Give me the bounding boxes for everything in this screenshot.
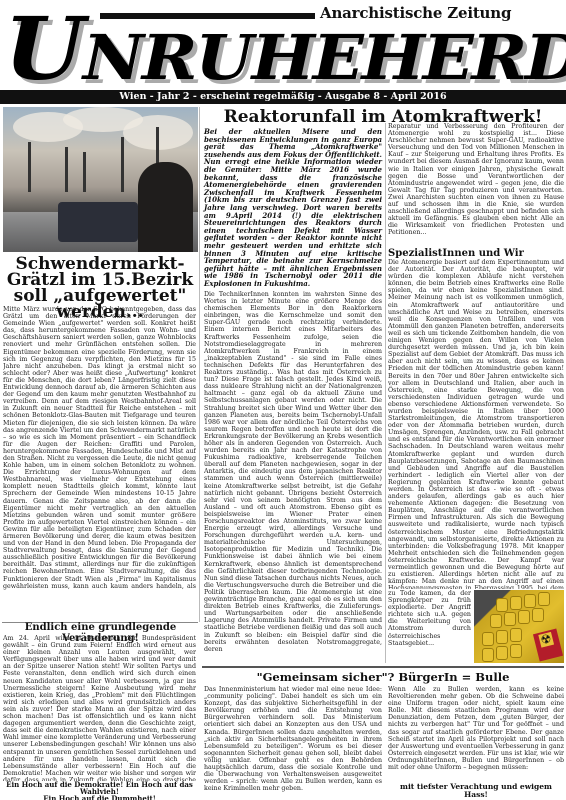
dateline: Wien - Jahr 2 - erscheint regelmäßig - A… — [0, 90, 566, 104]
title-initial: U — [4, 0, 83, 100]
headline-gemeinsam-sicher: "Gemeinsam sicher"? BürgerIn = Bulle — [202, 670, 564, 684]
masthead: Anarchistische Zeitung UNRUHEHERD — [0, 0, 566, 90]
column-divider — [385, 123, 386, 663]
article-body-gemeinsam: Das Innenministerium hat wieder mal eine… — [204, 686, 382, 800]
article-body-spezialistinnen: Die Atomenergie basiert auf dem Expertin… — [388, 259, 564, 589]
photo-yellow-nuclear-barrels — [474, 590, 564, 663]
section-divider — [202, 666, 564, 668]
article-body-endlich: Am 24. April wird in Österreich der Bund… — [3, 635, 196, 781]
radiation-warning-icon — [533, 629, 563, 662]
article-body-spezialistinnen-end: zu Tode kamen, da der Sprengkörper zu fr… — [388, 590, 471, 665]
article-body-reaktor: Die TechnikerInnen konnten im wahrsten S… — [204, 291, 382, 661]
article-closing-endlich: Ein Hoch auf die Demokratie! Ein Hoch au… — [3, 781, 196, 800]
photo-smokestacks-street — [3, 107, 198, 252]
article-body-gemeinsam-continued: Wenn Alle zu Bullen werden, kann es kein… — [388, 686, 564, 772]
column-divider — [199, 107, 200, 622]
closing-line: Ein Hoch auf die Demokratie! Ein Hoch au… — [3, 781, 196, 795]
article-lead-reaktor: Bei der aktuellen Misere und den beschis… — [204, 128, 382, 287]
title-rest: NRUHEHERD — [83, 21, 566, 94]
article-body-schwendermarkt: Mitte März wurde von der SPÖ bekanntgege… — [3, 306, 196, 590]
subheadline-spezialistinnen: SpezialistInnen und Wir — [388, 248, 524, 259]
closing-line: Ein Hoch auf die Dummheit! — [3, 795, 196, 800]
article-body-reaktor-continued: Reparatur und Verbesserung den Profiteur… — [388, 123, 564, 243]
article-closing-gemeinsam: mit tiefster Verachtung und ewigem Hass! — [388, 783, 564, 798]
newspaper-title: UNRUHEHERD — [4, 14, 566, 94]
